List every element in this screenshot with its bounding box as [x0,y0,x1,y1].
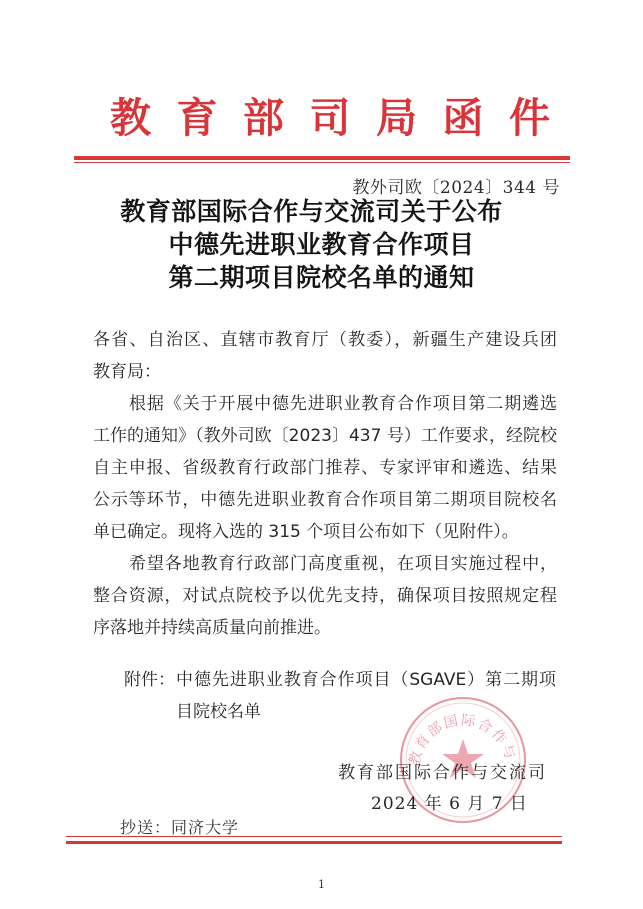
letterhead-char: 司 [310,98,351,139]
paragraph-line: 希望各地教育行政部门高度重视，在项目实施过程中， [93,548,557,580]
salutation-line: 各省、自治区、直辖市教育厅（教委），新疆生产建设兵团 [93,324,557,356]
signature-organization: 教育部国际合作与交流司 [338,758,547,783]
letterhead-char: 教 [110,98,151,139]
paragraph-line: 序落地并持续高质量向前推进。 [93,612,557,644]
attachment-line: 中德先进职业教育合作项目（SGAVE）第二期项 [176,664,556,696]
footer-divider-thick [66,841,562,844]
salutation-line: 教育局： [93,356,557,388]
cc-recipients: 抄送：同济大学 [120,815,239,838]
letterhead-char: 件 [509,98,550,139]
letterhead-char: 局 [376,98,417,139]
title-line: 第二期项目院校名单的通知 [0,261,643,294]
document-title: 教育部国际合作与交流司关于公布 中德先进职业教育合作项目 第二期项目院校名单的通… [0,195,643,294]
paragraph-line: 自主申报、省级教育行政部门推荐、专家评审和遴选、结果 [93,452,557,484]
letterhead-char: 育 [177,98,218,139]
document-body: 各省、自治区、直辖市教育厅（教委），新疆生产建设兵团 教育局： 根据《关于开展中… [93,324,557,644]
letterhead-title: 教 育 部 司 局 函 件 [110,92,550,144]
paragraph-line: 整合资源，对试点院校予以优先支持，确保项目按照规定程 [93,580,557,612]
title-line: 教育部国际合作与交流司关于公布 [0,195,643,228]
footer-divider-thin [66,836,562,837]
attachment-label: 附件： [124,664,175,696]
letterhead-char: 函 [443,98,484,139]
paragraph-line: 单已确定。现将入选的 315 个项目公布如下（见附件）。 [93,516,557,548]
title-line: 中德先进职业教育合作项目 [0,228,643,261]
paragraph-line: 工作的通知》（教外司欧〔2023〕437 号）工作要求，经院校 [93,420,557,452]
page-number: 1 [0,878,643,891]
paragraph-line: 根据《关于开展中德先进职业教育合作项目第二期遴选 [93,388,557,420]
letterhead-char: 部 [243,98,284,139]
header-divider-thick [74,156,570,160]
header-divider-thin [74,162,570,163]
paragraph-line: 公示等环节，中德先进职业教育合作项目第二期项目院校名 [93,484,557,516]
signature-date: 2024 年 6 月 7 日 [371,789,528,814]
